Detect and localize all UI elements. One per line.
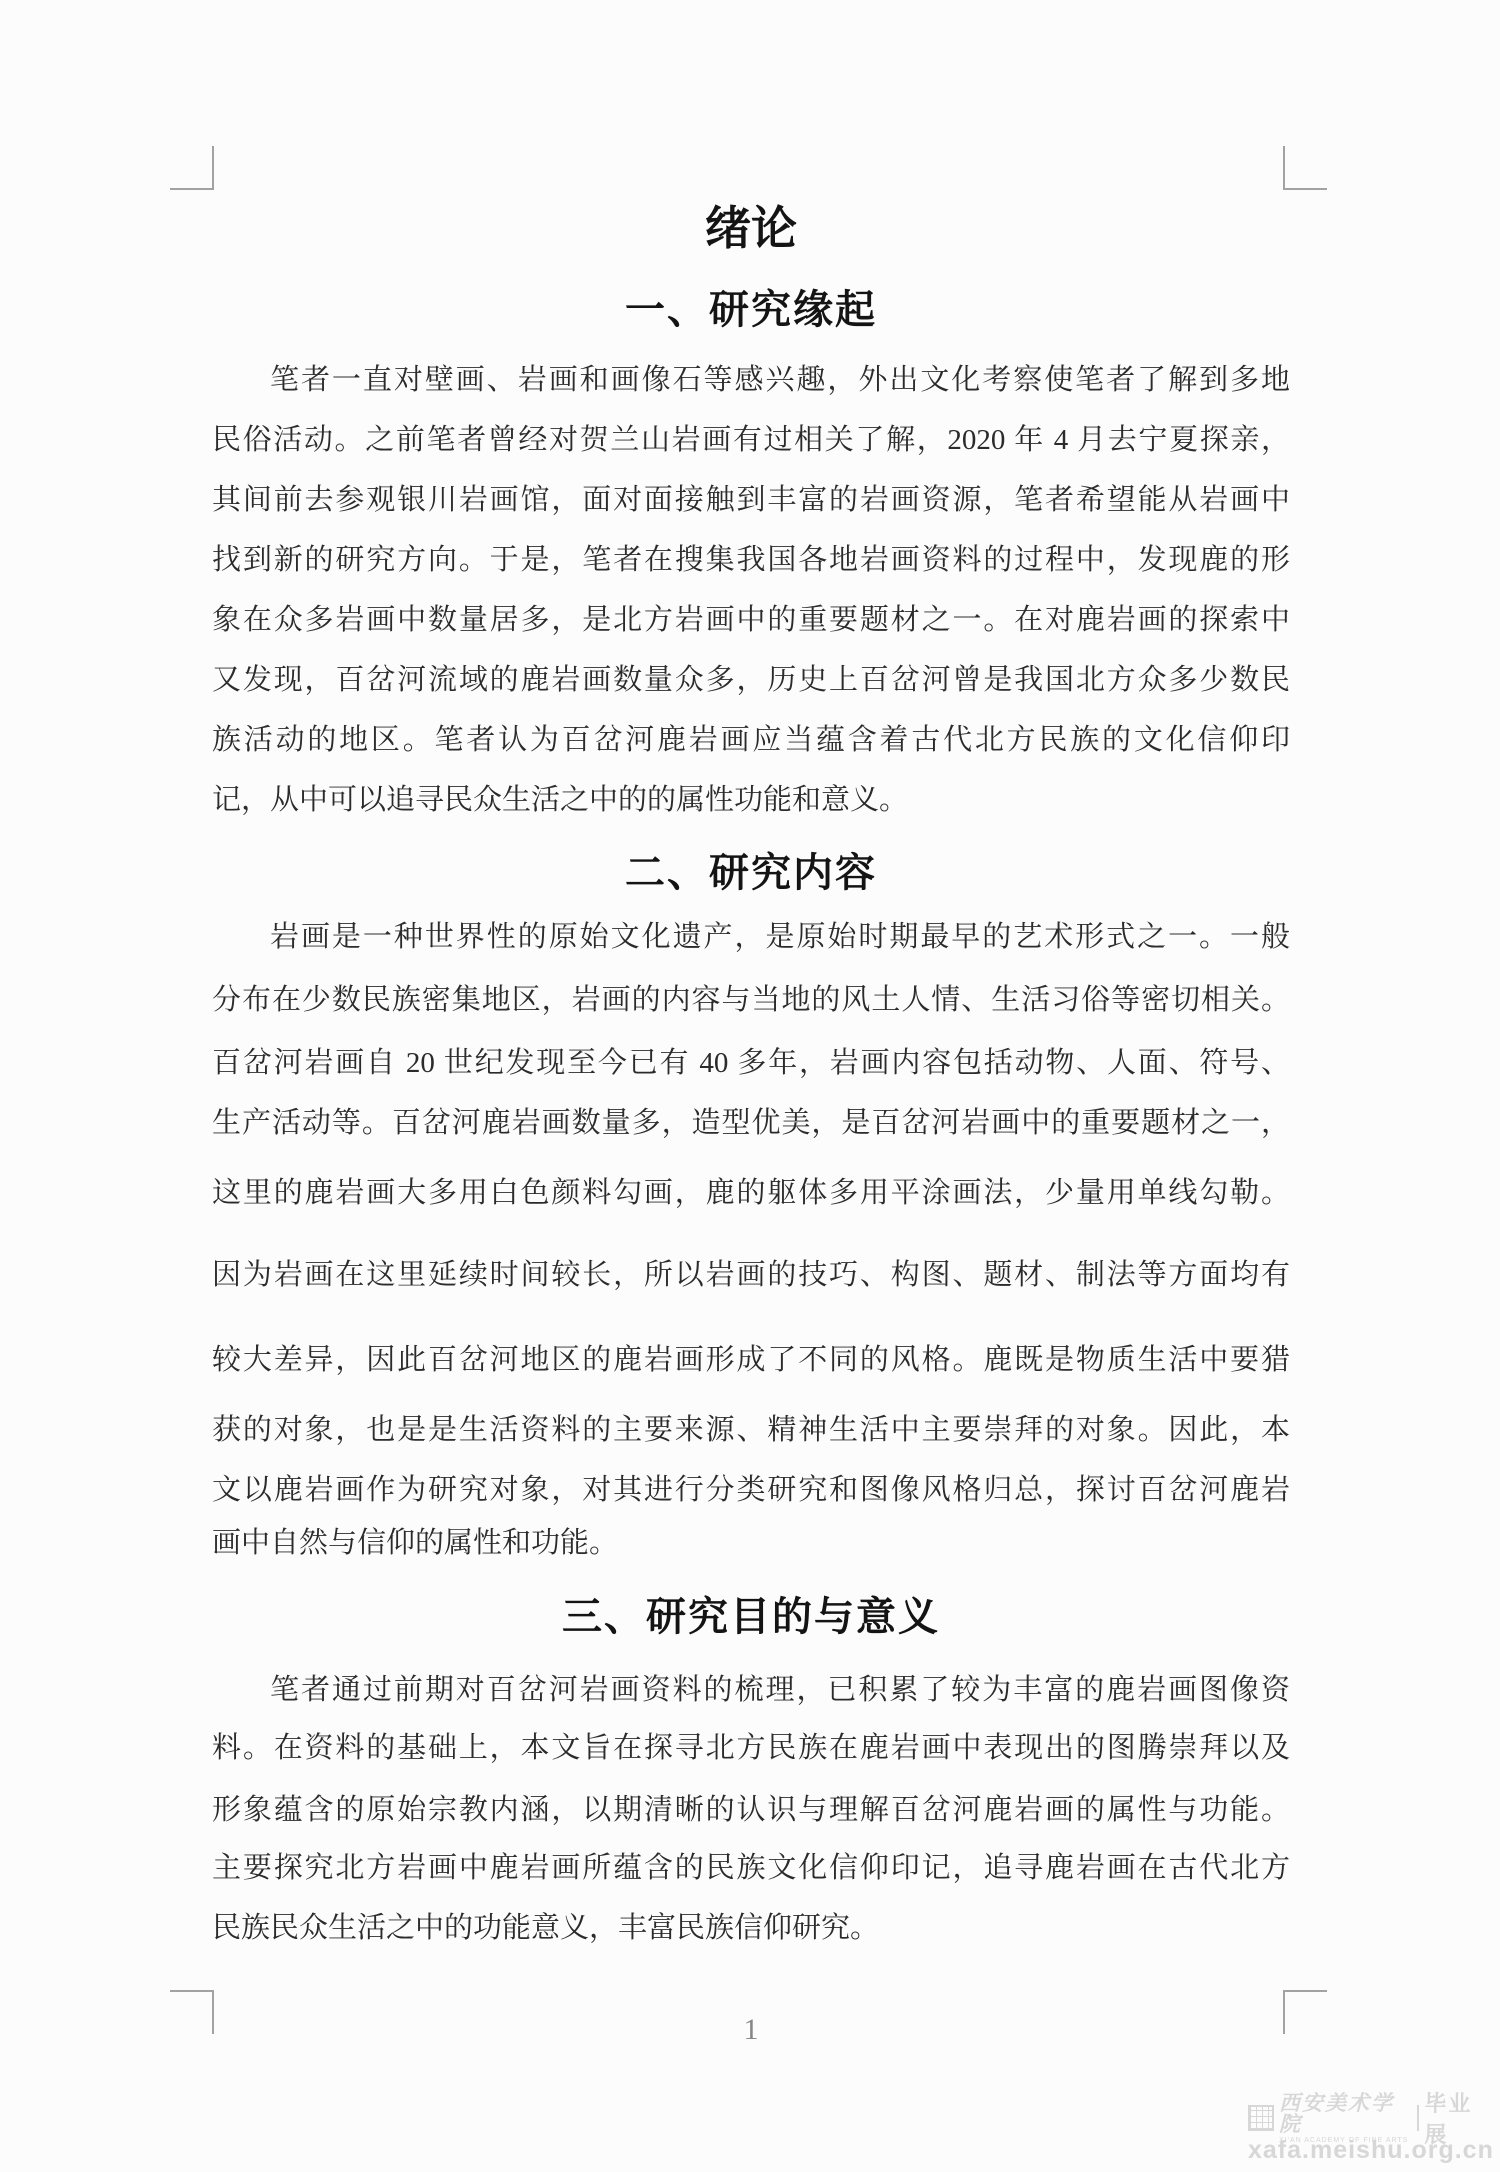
body-line: 获的对象，也是是生活资料的主要来源、精神生活中主要崇拜的对象。因此，本 <box>212 1406 1290 1454</box>
body-line: 族活动的地区。笔者认为百岔河鹿岩画应当蕴含着古代北方民族的文化信仰印 <box>212 716 1290 764</box>
body-line: 其间前去参观银川岩画馆，面对面接触到丰富的岩画资源，笔者希望能从岩画中 <box>212 476 1290 524</box>
body-line: 象在众多岩画中数量居多，是北方岩画中的重要题材之一。在对鹿岩画的探索中 <box>212 596 1290 644</box>
body-line: 民俗活动。之前笔者曾经对贺兰山岩画有过相关了解，2020 年 4 月去宁夏探亲， <box>212 416 1290 464</box>
body-line: 民族民众生活之中的功能意义，丰富民族信仰研究。 <box>212 1904 1290 1952</box>
body-line: 笔者通过前期对百岔河岩画资料的梳理，已积累了较为丰富的鹿岩画图像资 <box>212 1666 1290 1714</box>
body-line: 形象蕴含的原始宗教内涵，以期清晰的认识与理解百岔河鹿岩画的属性与功能。 <box>212 1786 1290 1834</box>
watermark-org-name: 西安美术学院 <box>1279 2093 1412 2135</box>
body-line: 找到新的研究方向。于是，笔者在搜集我国各地岩画资料的过程中，发现鹿的形 <box>212 536 1290 584</box>
body-line: 岩画是一种世界性的原始文化遗产，是原始时期最早的艺术形式之一。一般 <box>212 913 1290 961</box>
section-heading-1: 一、研究缘起 <box>212 286 1290 334</box>
section-heading-2: 二、研究内容 <box>212 849 1290 897</box>
body-line: 分布在少数民族密集地区，岩画的内容与当地的风土人情、生活习俗等密切相关。 <box>212 976 1290 1024</box>
body-line: 料。在资料的基础上，本文旨在探寻北方民族在鹿岩画中表现出的图腾崇拜以及 <box>212 1724 1290 1772</box>
body-line: 笔者一直对壁画、岩画和画像石等感兴趣，外出文化考察使笔者了解到多地 <box>212 356 1290 404</box>
margin-corner-mark-top-right <box>1283 146 1327 190</box>
margin-corner-mark-top-left <box>170 146 214 190</box>
watermark-divider <box>1417 2105 1419 2131</box>
section-heading-3: 三、研究目的与意义 <box>212 1593 1290 1641</box>
body-line: 又发现，百岔河流域的鹿岩画数量众多，历史上百岔河曾是我国北方众多少数民 <box>212 656 1290 704</box>
body-line: 生产活动等。百岔河鹿岩画数量多，造型优美，是百岔河岩画中的重要题材之一， <box>212 1099 1290 1147</box>
body-line: 记，从中可以追寻民众生活之中的的属性功能和意义。 <box>212 776 1290 824</box>
body-line: 主要探究北方岩画中鹿岩画所蕴含的民族文化信仰印记，追寻鹿岩画在古代北方 <box>212 1844 1290 1892</box>
document-page: 绪论 一、研究缘起 笔者一直对壁画、岩画和画像石等感兴趣，外出文化考察使笔者了解… <box>0 0 1500 2172</box>
page-number: 1 <box>212 2008 1290 2052</box>
document-title: 绪论 <box>212 200 1290 256</box>
watermark-url: xafa.meishu.org.cn <box>1248 2136 1494 2165</box>
body-line: 百岔河岩画自 20 世纪发现至今已有 40 多年，岩画内容包括动物、人面、符号、 <box>212 1039 1290 1087</box>
seal-logo-icon <box>1248 2105 1274 2131</box>
body-line: 因为岩画在这里延续时间较长，所以岩画的技巧、构图、题材、制法等方面均有 <box>212 1251 1290 1299</box>
watermark: 西安美术学院 XI'AN ACADEMY OF FINE ARTS 毕业展 xa… <box>1248 2102 1494 2165</box>
watermark-logo-row: 西安美术学院 XI'AN ACADEMY OF FINE ARTS 毕业展 <box>1248 2102 1494 2134</box>
body-line: 画中自然与信仰的属性和功能。 <box>212 1519 1290 1567</box>
body-line: 这里的鹿岩画大多用白色颜料勾画，鹿的躯体多用平涂画法，少量用单线勾勒。 <box>212 1169 1290 1217</box>
body-line: 文以鹿岩画作为研究对象，对其进行分类研究和图像风格归总，探讨百岔河鹿岩 <box>212 1466 1290 1514</box>
body-line: 较大差异，因此百岔河地区的鹿岩画形成了不同的风格。鹿既是物质生活中要猎 <box>212 1336 1290 1384</box>
margin-corner-mark-bottom-left <box>170 1990 214 2034</box>
